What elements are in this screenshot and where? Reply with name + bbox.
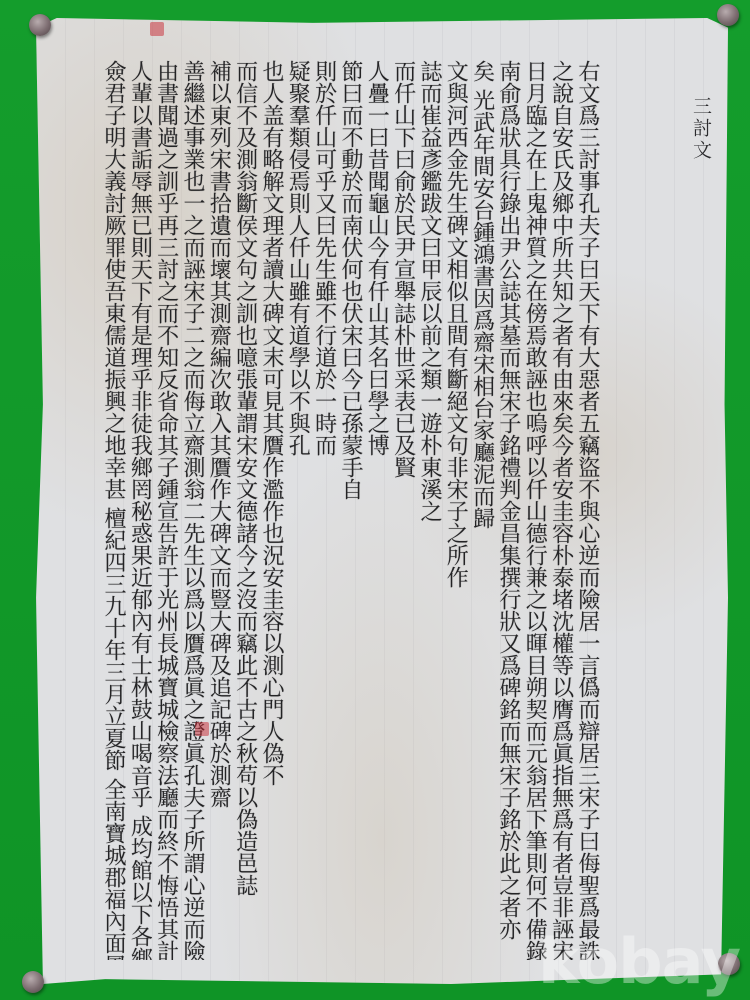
text-column: 誌而崔益彥鑑跋文曰甲辰以前之類一遊朴東溪之 bbox=[416, 60, 442, 960]
red-seal-mark bbox=[150, 22, 164, 36]
text-columns: 右文爲三討事孔夫子曰天下有大惡者五竊盜不與心逆而險居一言僞而辯居三宋子曰侮聖爲最… bbox=[100, 60, 640, 960]
text-column: 由書聞過之訓乎再三討之而不知反省命其子鍾宣告許于光州長城寶城檢察法廳而終不悔悟其… bbox=[153, 60, 179, 960]
text-column: 文與河西金先生碑文相似且間有斷絕文句非宋子之所作 bbox=[442, 60, 468, 960]
kobay-watermark: kobay bbox=[538, 925, 740, 998]
document-title: 三討文 bbox=[688, 96, 715, 162]
text-column: 人疊一曰昔聞龜山今有仟山其名曰學之博 bbox=[363, 60, 389, 960]
text-column: 人輩以書詬辱無已則天下有是理乎非徒我鄉罔秘惑果近郁內有士林鼓山喝音乎 成均館以下… bbox=[126, 60, 152, 960]
text-column: 右文爲三討事孔夫子曰天下有大惡者五竊盜不與心逆而險居一言僞而辯居三宋子曰侮聖爲最… bbox=[574, 60, 600, 960]
text-column: 而仟山下曰俞於民尹宣舉誌朴世采表已及賢 bbox=[390, 60, 416, 960]
text-column: 僉君子明大義討厥罪使吾東儒道振興之地幸甚 檀紀四三九十年三月立夏節 全南寶城郡福… bbox=[100, 60, 126, 960]
text-column: 南俞爲狀具行錄出尹公誌其墓而無宋子銘禮判金昌集撰行狀又爲碑銘而無宋子銘於此之者亦 bbox=[495, 60, 521, 960]
text-column: 則於仟山可乎又曰先生雖不行道於一時而 bbox=[311, 60, 337, 960]
text-column: 日月臨之在上鬼神質之在傍焉敢誣也嗚呼以仟山德行兼之以暉目朔契而元翁居下筆則何不備… bbox=[521, 60, 547, 960]
pin-top-left-icon bbox=[29, 14, 51, 36]
pin-top-right-icon bbox=[717, 4, 739, 26]
text-column: 節曰而不動於而南伏何也伏宋曰今已孫蒙手自 bbox=[337, 60, 363, 960]
text-column: 補以東列宋書拾遺而壞其測齋編次敢入其贋作大碑文而豎大碑及追記碑於測齋 bbox=[205, 60, 231, 960]
text-column: 之說自安氏及鄉中所共知之者有由來矣今者安圭容朴泰堵沈權等以膺爲眞指無爲有者豈非誣… bbox=[548, 60, 574, 960]
text-column: 矣 光武年間安台鍾鴻書因爲齋宋相台家廳泥而歸 bbox=[469, 60, 495, 960]
text-column: 善繼述事業也一之而誣宋子二之而侮立齋測翁二先生以爲以贋爲眞之證眞孔夫子所謂心逆而… bbox=[179, 60, 205, 960]
red-seal-mark bbox=[195, 722, 209, 736]
pin-bottom-left-icon bbox=[22, 971, 44, 993]
text-column: 而信不及測翁斷侯文句之訓也噫張輩謂宋安文德諸今之沒而竊此不古之秋苟以偽造邑誌 bbox=[232, 60, 258, 960]
text-column: 疑聚羣類侵焉則人仟山雖有道學以不與孔 bbox=[284, 60, 310, 960]
text-column: 也人盖有略解文理者讀大碑文末可見其贋作濫作也況安圭容以測心門人偽不 bbox=[258, 60, 284, 960]
